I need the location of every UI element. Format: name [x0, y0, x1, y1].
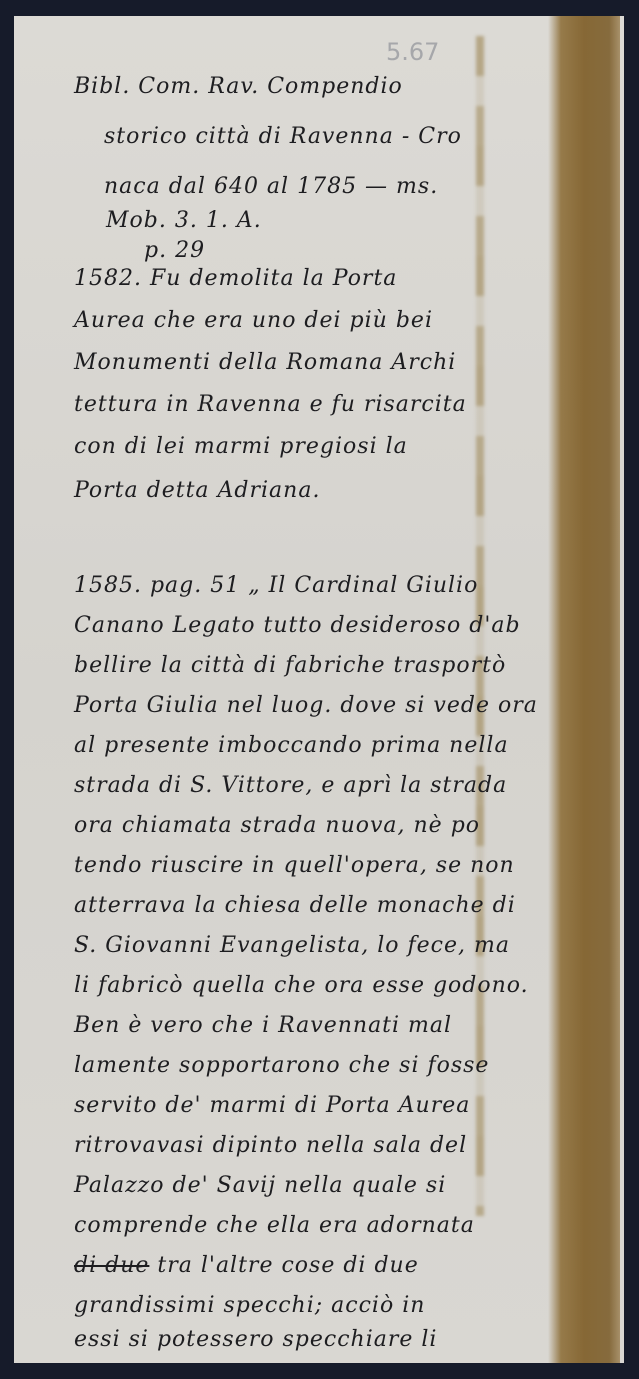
- entry-1585-line: comprende che ella era adornata: [74, 1213, 475, 1238]
- entry-1585-line: Porta Giulia nel luog. dove si vede ora: [74, 693, 538, 718]
- entry-1585-line: 1585. pag. 51 „ Il Cardinal Giulio: [74, 573, 478, 598]
- entry-1585-line: Ben è vero che i Ravennati mal: [74, 1013, 452, 1038]
- header-line: Bibl. Com. Rav. Compendio: [74, 74, 403, 99]
- header-line: naca dal 640 al 1785 — ms.: [104, 174, 438, 199]
- entry-1582-line: tettura in Ravenna e fu risarcita: [74, 392, 467, 417]
- entry-1585-line: strada di S. Vittore, e aprì la strada: [74, 773, 507, 798]
- entry-1585-line: ritrovavasi dipinto nella sala del: [74, 1133, 467, 1158]
- entry-1585-line: ora chiamata strada nuova, nè po: [74, 813, 480, 838]
- entry-1585-line: essi si potessero specchiare li: [74, 1327, 437, 1352]
- entry-1585-line: al presente imboccando prima nella: [74, 733, 509, 758]
- entry-1582-line: Aurea che era uno dei più bei: [74, 308, 433, 333]
- entry-1582-line: 1582. Fu demolita la Porta: [74, 266, 397, 291]
- entry-1585-line: bellire la città di fabriche trasportò: [74, 653, 506, 678]
- entry-1585-line-with-strike: di due tra l'altre cose di due: [74, 1253, 419, 1278]
- entry-1582-line: con di lei marmi pregiosi la: [74, 434, 408, 459]
- entry-1585-line: atterrava la chiesa delle monache di: [74, 893, 516, 918]
- entry-1585-line: grandissimi specchi; acciò in: [74, 1293, 425, 1318]
- entry-1585-line: servito de' marmi di Porta Aurea: [74, 1093, 470, 1118]
- folio-number: 5.67: [386, 38, 439, 66]
- header-line: storico città di Ravenna - Cro: [104, 124, 462, 149]
- entry-1585-line: li fabricò quella che ora esse godono.: [74, 973, 529, 998]
- entry-1582-line: Porta detta Adriana.: [74, 478, 320, 503]
- entry-1585-line: Canano Legato tutto desideroso d'ab: [74, 613, 521, 638]
- header-line: Mob. 3. 1. A.: [106, 208, 262, 233]
- struck-text: di due: [74, 1253, 149, 1278]
- entry-1585-line: S. Giovanni Evangelista, lo fece, ma: [74, 933, 510, 958]
- entry-1585-line: lamente sopportarono che si fosse: [74, 1053, 489, 1078]
- entry-1585-line: Palazzo de' Savij nella quale si: [74, 1173, 446, 1198]
- line-text: tra l'altre cose di due: [157, 1253, 418, 1278]
- brown-stain-band: [548, 16, 620, 1363]
- header-line: p. 29: [144, 238, 205, 263]
- entry-1582-line: Monumenti della Romana Archi: [74, 350, 456, 375]
- manuscript-page: 5.67 Bibl. Com. Rav. Compendio storico c…: [14, 16, 624, 1363]
- entry-1585-line: tendo riuscire in quell'opera, se non: [74, 853, 515, 878]
